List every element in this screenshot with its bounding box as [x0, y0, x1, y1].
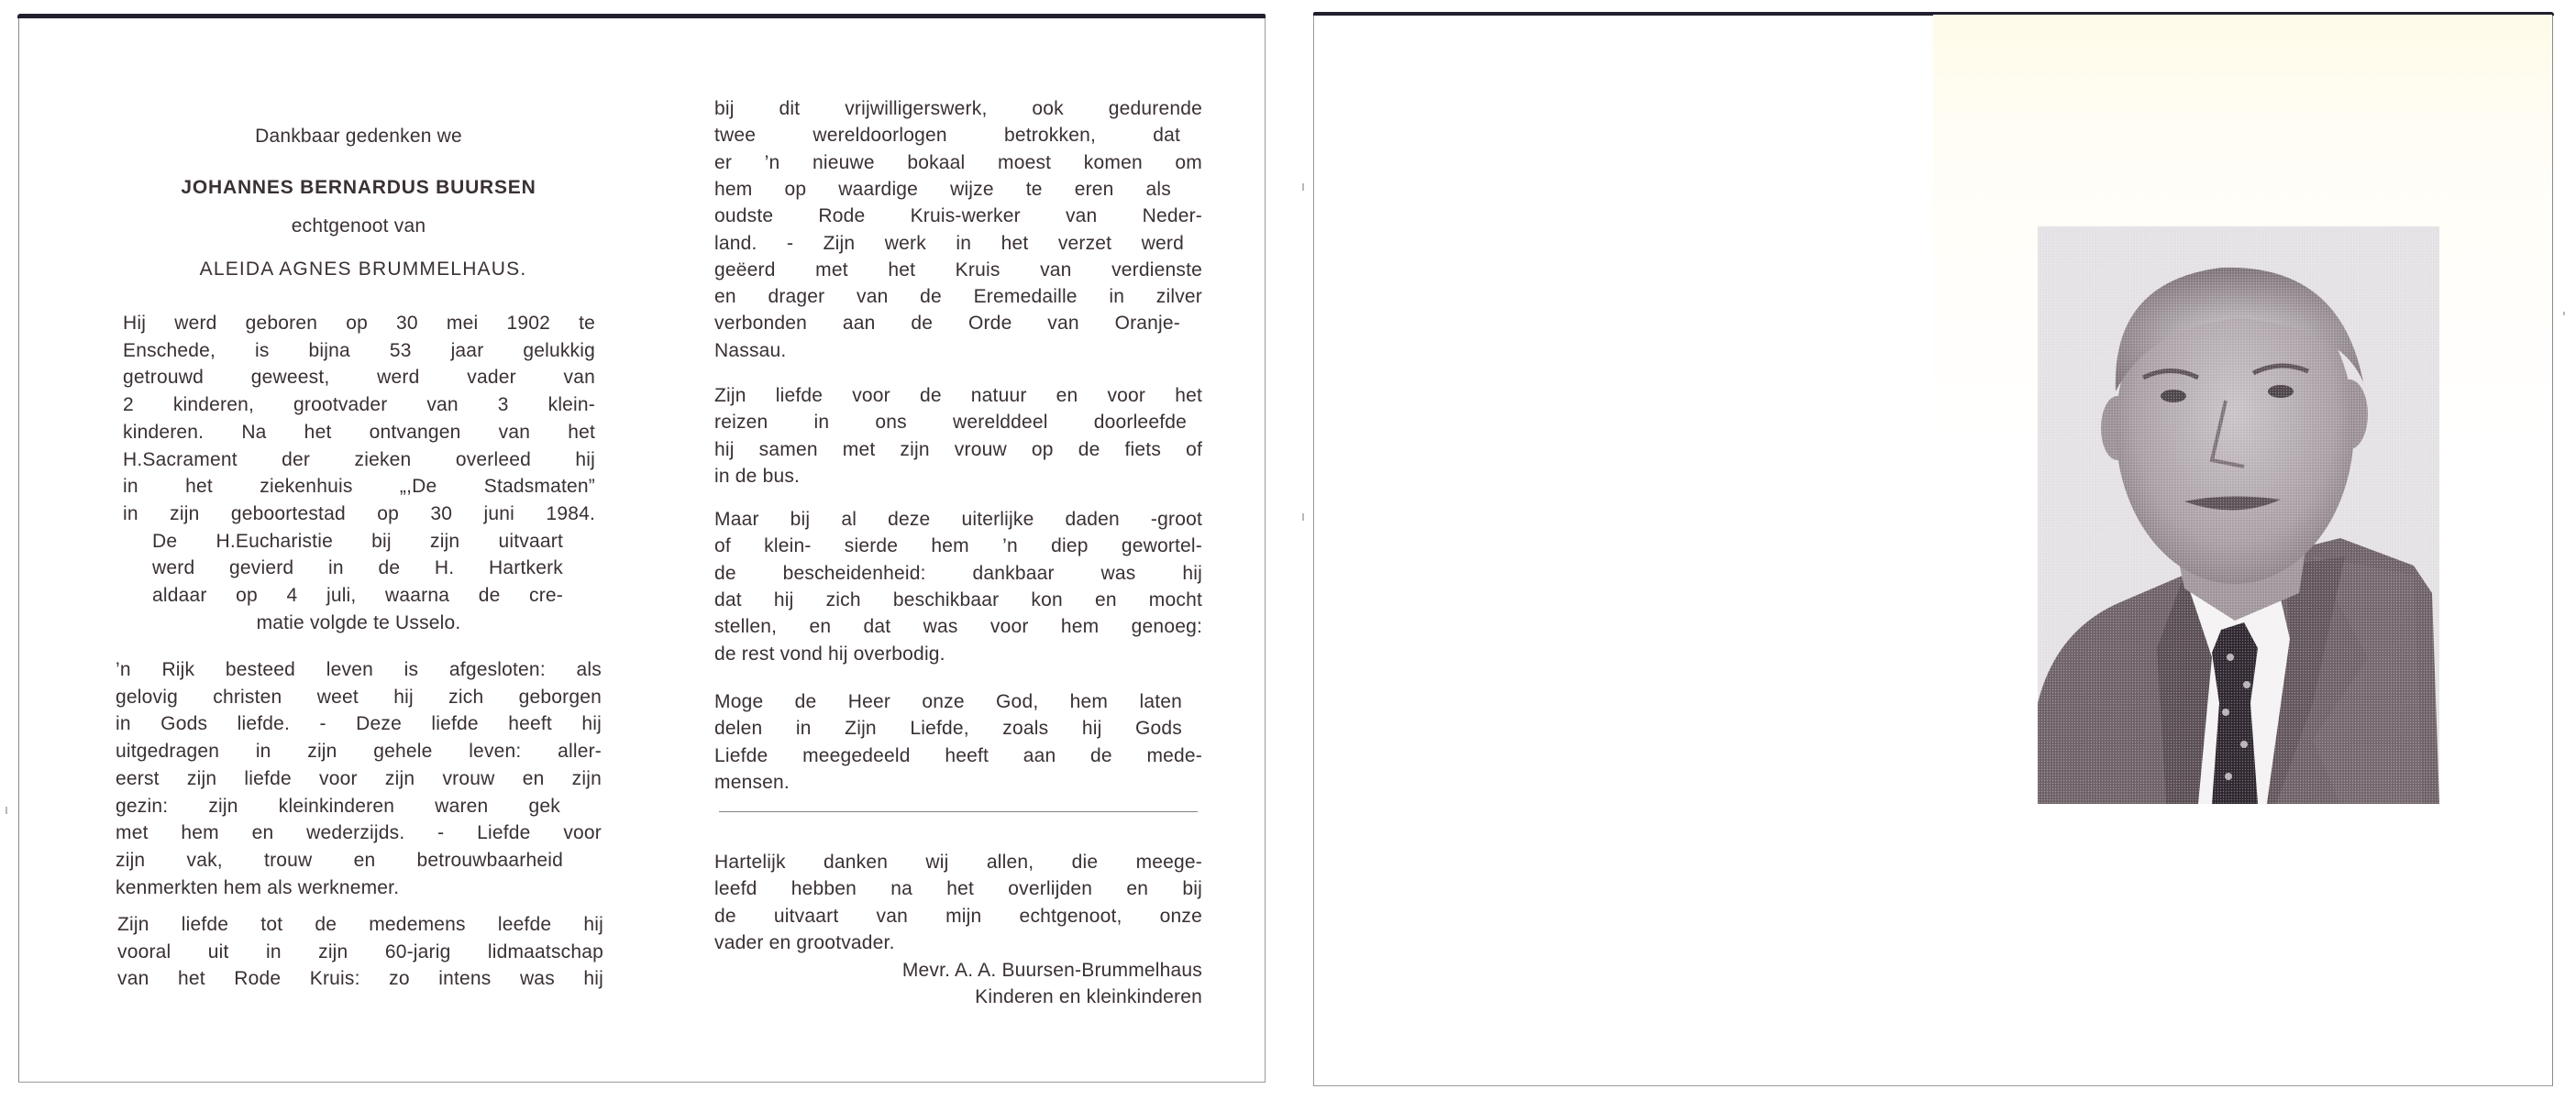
paragraph-line: in de bus. — [714, 466, 800, 488]
paragraph-line: geëerd met het Kruis van verdienste — [714, 259, 1202, 281]
paragraph-line: de uitvaart van mijn echtgenoot, onze — [714, 906, 1202, 928]
paragraph-line: Zijn liefde voor de natuur en voor het — [714, 385, 1202, 407]
paragraph-line: in Gods liefde. - Deze liefde heeft hij — [116, 713, 602, 735]
paragraph-line: in het ziekenhuis „,De Stadsmaten” — [123, 476, 595, 498]
paragraph-line: mensen. — [714, 772, 790, 794]
scan-artifact — [6, 807, 7, 814]
portrait-photo-icon — [2038, 226, 2439, 804]
paragraph-line: in zijn geboortestad op 30 juni 1984. — [123, 503, 595, 525]
paragraph-line: zijn vak, trouw en betrouwbaarheid — [116, 850, 563, 872]
paragraph-line: Liefde meegedeeld heeft aan de mede- — [714, 745, 1202, 767]
paragraph-line: De H.Eucharistie bij zijn uitvaart — [152, 531, 563, 553]
scan-artifact — [1302, 513, 1304, 521]
paragraph-line: kinderen. Na het ontvangen van het — [123, 422, 595, 444]
paragraph-line: reizen in ons werelddeel doorleefde — [714, 412, 1187, 434]
paragraph-line: Hartelijk danken wij allen, die meege- — [714, 852, 1202, 874]
paragraph-line: Enschede, is bijna 53 jaar gelukkig — [123, 340, 595, 362]
paragraph-line: getrouwd geweest, werd vader van — [123, 367, 595, 389]
paragraph-line: Maar bij al deze uiterlijke daden -groot — [714, 509, 1202, 531]
paragraph-line: uitgedragen in zijn gehele leven: aller- — [116, 741, 602, 763]
paragraph-line: Nassau. — [714, 340, 786, 362]
scan-artifact — [2563, 312, 2565, 315]
paragraph-line: delen in Zijn Liefde, zoals hij Gods — [714, 718, 1182, 740]
paragraph-line: of klein- sierde hem ’n diep gewortel- — [714, 535, 1202, 557]
scan-artifact — [1302, 183, 1304, 191]
paragraph-line: werd gevierd in de H. Hartkerk — [152, 557, 563, 579]
paragraph-line: en drager van de Eremedaille in zilver — [714, 286, 1202, 308]
portrait-photo — [2038, 226, 2439, 804]
paragraph-line: Moge de Heer onze God, hem laten — [714, 691, 1182, 713]
paragraph-line: gezin: zijn kleinkinderen waren gek — [116, 796, 560, 818]
separator-line — [719, 811, 1198, 812]
paragraph-line: de bescheidenheid: dankbaar was hij — [714, 563, 1202, 585]
paragraph-line: kenmerkten hem als werknemer. — [116, 877, 602, 899]
paragraph-line: verbonden aan de Orde van Oranje- — [714, 313, 1180, 335]
paragraph-line: bij dit vrijwilligerswerk, ook gedurende — [714, 98, 1202, 120]
paragraph-line: Hij werd geboren op 30 mei 1902 te — [123, 313, 595, 335]
paragraph-line: van het Rode Kruis: zo intens was hij — [117, 968, 603, 990]
paragraph-line: 2 kinderen, grootvader van 3 klein- — [123, 394, 595, 416]
paragraph-line: oudste Rode Kruis-werker van Neder- — [714, 205, 1202, 227]
paragraph-line: gelovig christen weet hij zich geborgen — [116, 687, 602, 709]
paragraph-line: aldaar op 4 juli, waarna de cre- — [152, 585, 563, 607]
paragraph-line: matie volgde te Usselo. — [120, 612, 597, 634]
relation-label: echtgenoot van — [120, 215, 597, 237]
paragraph-line: stellen, en dat was voor hem genoeg: — [714, 616, 1202, 638]
deceased-name: JOHANNES BERNARDUS BUURSEN — [111, 177, 606, 199]
paragraph-line: Zijn liefde tot de medemens leefde hij — [117, 914, 603, 936]
heading: Dankbaar gedenken we — [120, 126, 597, 148]
paragraph-line: hij samen met zijn vrouw op de fiets of — [714, 439, 1202, 461]
paragraph-line: twee wereldoorlogen betrokken, dat — [714, 125, 1180, 147]
paragraph-line: de rest vond hij overbodig. — [714, 643, 945, 665]
paragraph-line: eerst zijn liefde voor zijn vrouw en zij… — [116, 768, 602, 790]
paragraph-line: vooral uit in zijn 60-jarig lidmaatschap — [117, 941, 603, 963]
paragraph-line: leefd hebben na het overlijden en bij — [714, 878, 1202, 900]
paragraph-line: ’n Rijk besteed leven is afgesloten: als — [116, 659, 602, 681]
paragraph-line: H.Sacrament der zieken overleed hij — [123, 449, 595, 471]
spouse-name: ALEIDA AGNES BRUMMELHAUS. — [120, 258, 606, 280]
paragraph-line: land. - Zijn werk in het verzet werd — [714, 233, 1184, 255]
signature-name: Mevr. A. A. Buursen-Brummelhaus — [735, 960, 1202, 982]
paragraph-line: hem op waardige wijze te eren als — [714, 179, 1171, 201]
paragraph-line: met hem en wederzijds. - Liefde voor — [116, 822, 602, 844]
left-page: Dankbaar gedenken weJOHANNES BERNARDUS B… — [18, 16, 1266, 1083]
paragraph-line: dat hij zich beschikbaar kon en mocht — [714, 589, 1202, 611]
paragraph-line: vader en grootvader. — [714, 932, 895, 954]
signature-family: Kinderen en kleinkinderen — [735, 986, 1202, 1008]
paragraph-line: er ’n nieuwe bokaal moest komen om — [714, 152, 1202, 174]
